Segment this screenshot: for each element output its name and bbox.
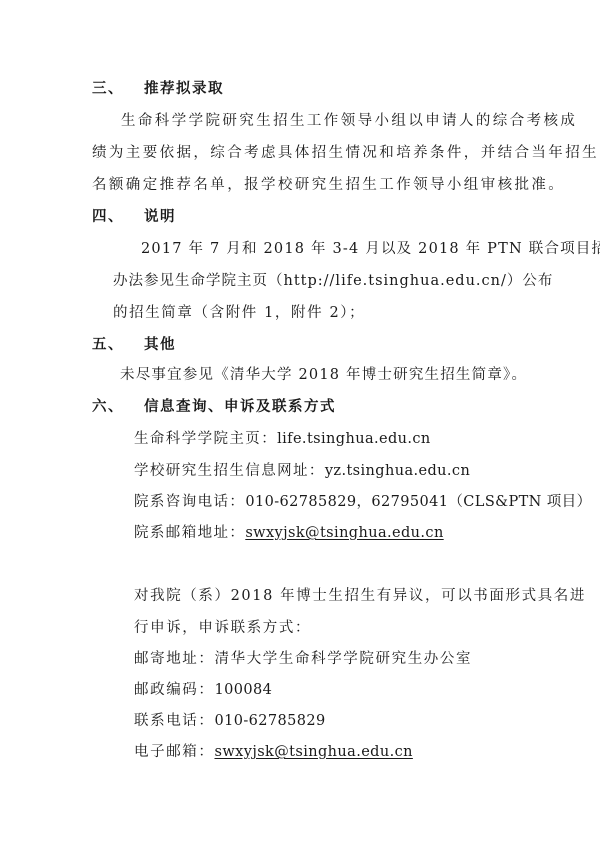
section-heading-notes: 四、说明 (92, 208, 176, 226)
appeal-intro-line: 对我院（系）2018 年博士生招生有异议，可以书面形式具名进 (134, 587, 586, 605)
paragraph-line: 未尽事宜参见《清华大学 2018 年博士研究生招生简章》。 (120, 366, 527, 384)
paragraph-line: 办法参见生命学院主页（http://life.tsinghua.edu.cn/）… (113, 272, 553, 290)
appeal-address: 邮寄地址：清华大学生命科学学院研究生办公室 (134, 650, 472, 668)
address-value: 清华大学生命科学学院研究生办公室 (215, 651, 473, 667)
email-label: 院系邮箱地址： (134, 525, 245, 541)
section-number: 五、 (92, 336, 144, 354)
address-label: 邮寄地址： (134, 651, 215, 667)
contact-phone: 院系咨询电话：010-62785829，62795041（CLS&PTN 项目） (134, 493, 591, 511)
section-title: 信息查询、申诉及联系方式 (144, 399, 336, 415)
paragraph-line: 名额确定推荐名单，报学校研究生招生工作领导小组审核批准。 (92, 176, 565, 194)
section-number: 四、 (92, 208, 144, 226)
section-number: 三、 (92, 80, 144, 98)
postcode-value: 100084 (215, 682, 273, 698)
postcode-label: 邮政编码： (134, 682, 215, 698)
section-heading-contact: 六、信息查询、申诉及联系方式 (92, 398, 336, 416)
admissions-link[interactable]: yz.tsinghua.edu.cn (325, 463, 470, 479)
appeal-postcode: 邮政编码：100084 (134, 681, 272, 699)
appeal-email: 电子邮箱：swxyjsk@tsinghua.edu.cn (134, 743, 413, 761)
phone-label: 联系电话： (134, 713, 215, 729)
document-page: 三、推荐拟录取 生命科学学院研究生招生工作领导小组以申请人的综合考核成 绩为主要… (0, 0, 600, 849)
section-title: 推荐拟录取 (144, 81, 224, 97)
phone-value: 010-62785829，62795041（CLS&PTN 项目） (245, 494, 591, 510)
phone-label: 院系咨询电话： (134, 494, 245, 510)
paragraph-line: 生命科学学院研究生招生工作领导小组以申请人的综合考核成 (121, 112, 577, 130)
section-title: 说明 (144, 209, 176, 225)
contact-homepage: 生命科学学院主页：life.tsinghua.edu.cn (134, 430, 431, 448)
section-number: 六、 (92, 398, 144, 416)
email-link[interactable]: swxyjsk@tsinghua.edu.cn (215, 744, 413, 760)
email-label: 电子邮箱： (134, 744, 215, 760)
contact-admissions-site: 学校研究生招生信息网址：yz.tsinghua.edu.cn (134, 462, 470, 480)
appeal-intro-line: 行申诉，申诉联系方式： (134, 619, 311, 637)
email-link[interactable]: swxyjsk@tsinghua.edu.cn (245, 525, 443, 541)
paragraph-line: 2017 年 7 月和 2018 年 3-4 月以及 2018 年 PTN 联合… (141, 240, 600, 258)
phone-value: 010-62785829 (215, 713, 326, 729)
admissions-label: 学校研究生招生信息网址： (134, 463, 325, 479)
paragraph-line: 的招生简章（含附件 1，附件 2）； (113, 304, 365, 322)
homepage-link[interactable]: life.tsinghua.edu.cn (277, 431, 431, 447)
contact-email: 院系邮箱地址：swxyjsk@tsinghua.edu.cn (134, 524, 444, 542)
appeal-phone: 联系电话：010-62785829 (134, 712, 326, 730)
paragraph-line: 绩为主要依据，综合考虑具体招生情况和培养条件，并结合当年招生 (92, 144, 599, 162)
section-title: 其他 (144, 337, 176, 353)
homepage-label: 生命科学学院主页： (134, 431, 277, 447)
section-heading-recommendation: 三、推荐拟录取 (92, 80, 224, 98)
section-heading-other: 五、其他 (92, 336, 176, 354)
